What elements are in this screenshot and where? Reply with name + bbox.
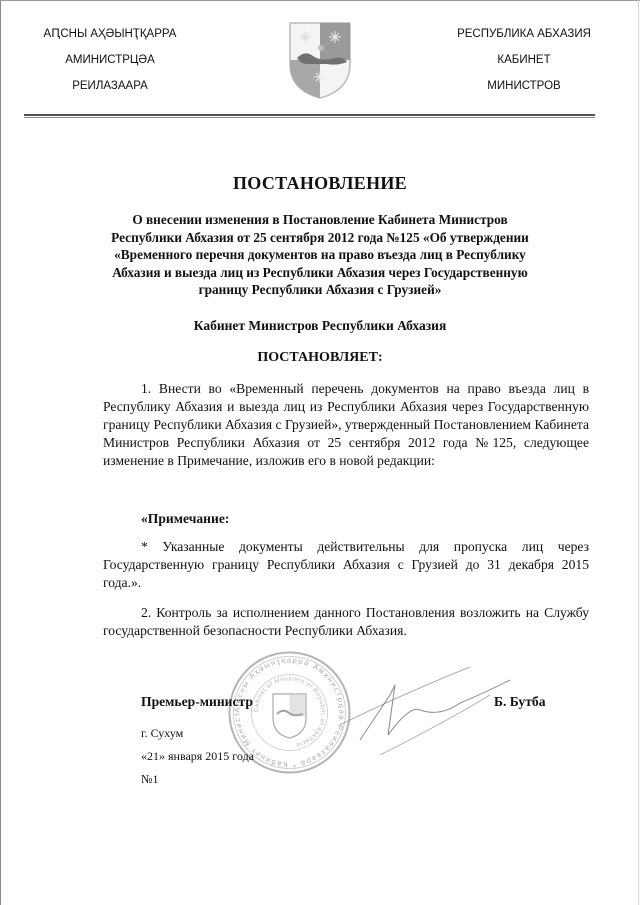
header-divider-thin bbox=[24, 117, 595, 118]
letterhead-line: КАБИНЕТ bbox=[444, 53, 604, 79]
letterhead-abkhaz: АԤСНЫ АҲӘЫНҬҚАРРА АМИНИСТРЦӘА РЕИЛАЗААРА bbox=[30, 27, 190, 105]
signature-icon bbox=[340, 655, 520, 755]
issue-place: г. Сухум bbox=[141, 726, 183, 741]
issue-date: «21» января 2015 года bbox=[141, 749, 254, 764]
page-edge-top bbox=[0, 0, 640, 1]
letterhead-line: АԤСНЫ АҲӘЫНҬҚАРРА bbox=[30, 27, 190, 53]
header-divider bbox=[24, 114, 595, 116]
note-heading: «Примечание: bbox=[141, 511, 229, 527]
document-title: ПОСТАНОВЛЕНИЕ bbox=[0, 173, 640, 194]
letterhead-line: АМИНИСТРЦӘА bbox=[30, 53, 190, 79]
letterhead-line: РЕИЛАЗААРА bbox=[30, 79, 190, 105]
document-subject: О внесении изменения в Постановление Каб… bbox=[100, 211, 540, 299]
resolves-heading: ПОСТАНОВЛЯЕТ: bbox=[0, 350, 640, 366]
note-text: * Указанные документы действительны для … bbox=[103, 538, 589, 592]
letterhead-line: МИНИСТРОВ bbox=[444, 79, 604, 105]
page-edge-right bbox=[638, 0, 639, 905]
letterhead-line: РЕСПУБЛИКА АБХАЗИЯ bbox=[444, 27, 604, 53]
signer-title: Премьер-министр bbox=[141, 694, 253, 710]
paragraph-2: 2. Контроль за исполнением данного Поста… bbox=[103, 604, 589, 640]
coat-of-arms-icon bbox=[287, 20, 353, 100]
letterhead-russian: РЕСПУБЛИКА АБХАЗИЯ КАБИНЕТ МИНИСТРОВ bbox=[444, 27, 604, 105]
paragraph-1: 1. Внести во «Временный перечень докумен… bbox=[103, 380, 589, 470]
signer-name: Б. Бутба bbox=[494, 694, 546, 710]
document-number: №1 bbox=[141, 772, 158, 787]
page-edge-left bbox=[0, 0, 1, 905]
issuer: Кабинет Министров Республики Абхазия bbox=[0, 318, 640, 334]
